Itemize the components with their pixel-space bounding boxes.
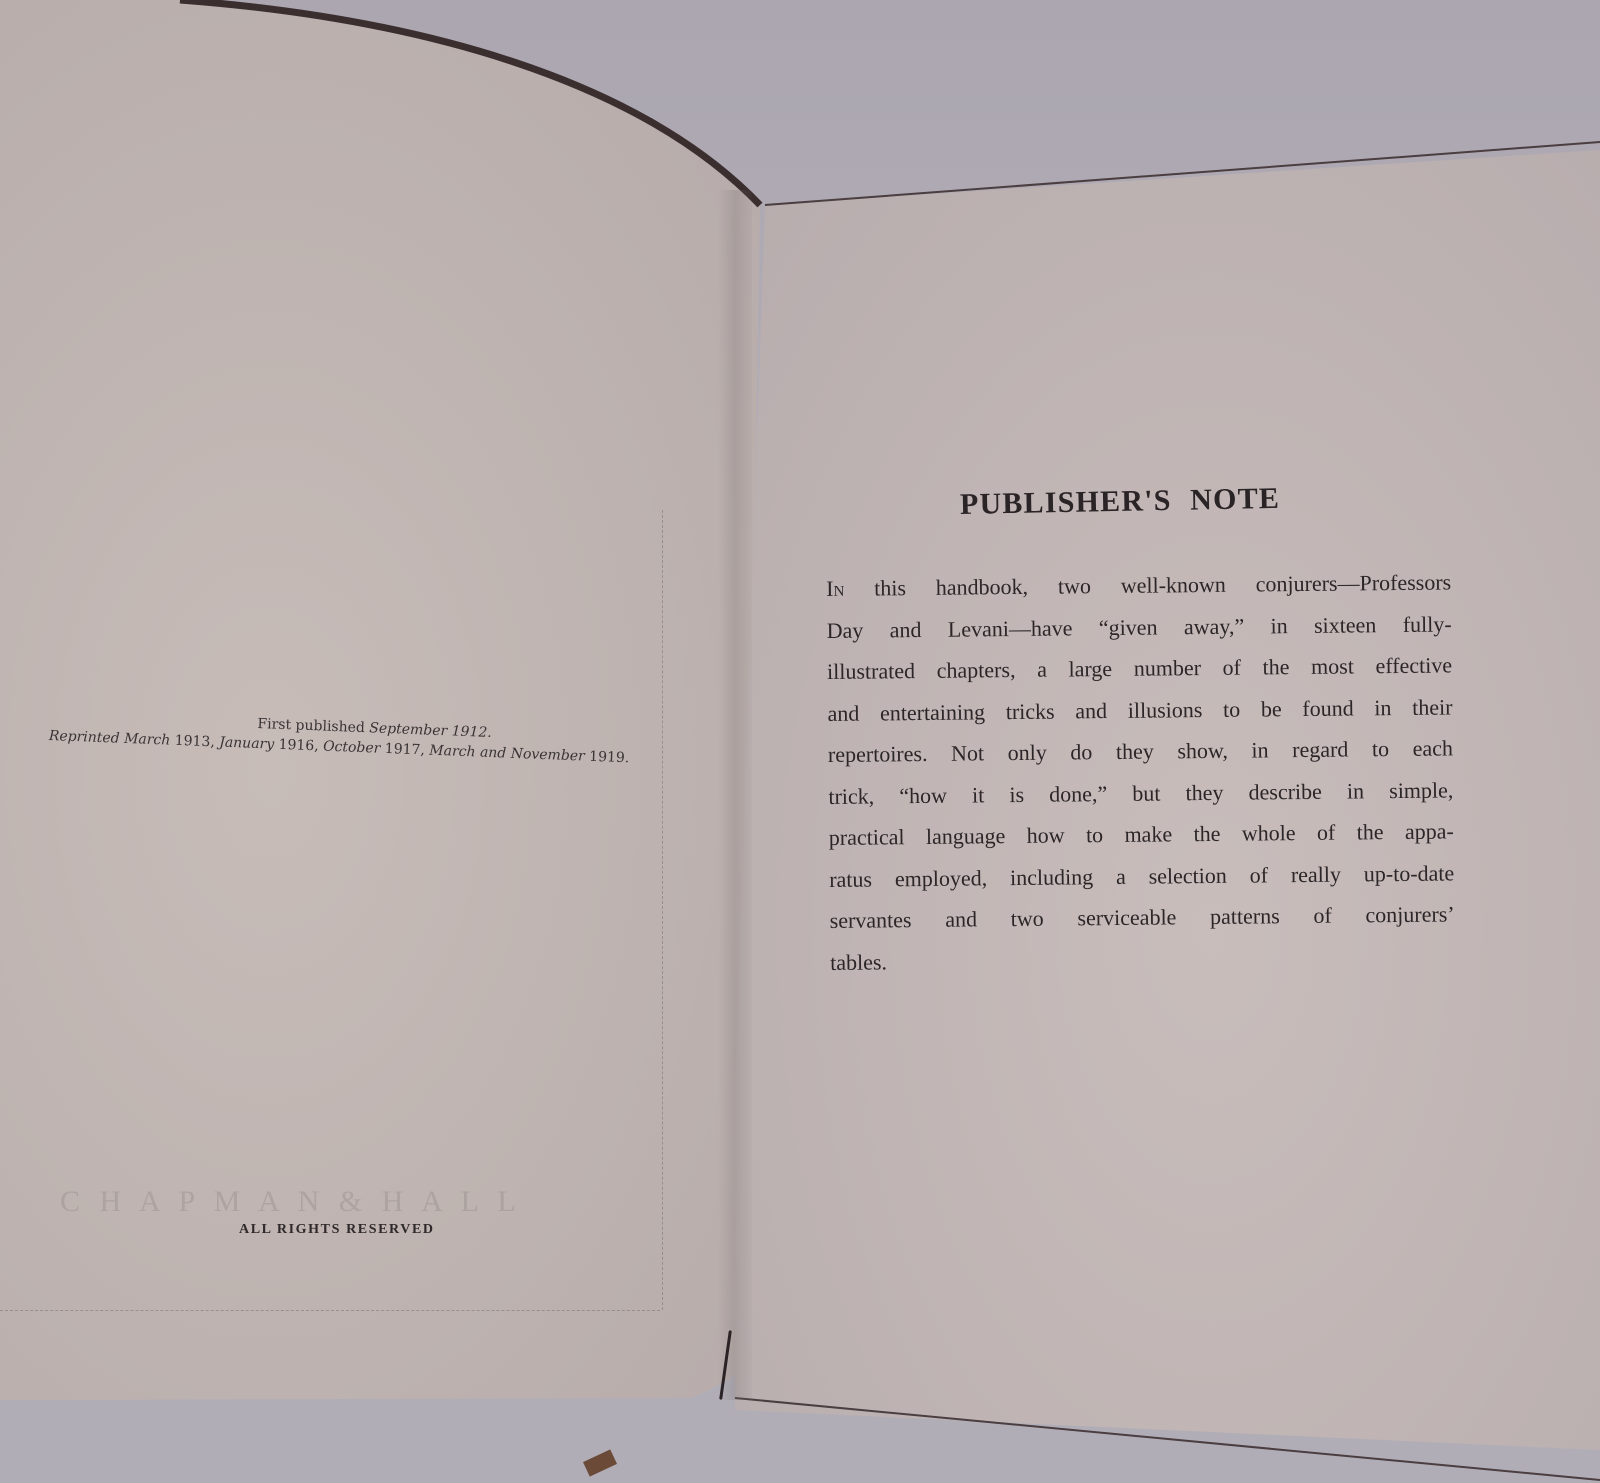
left-page-bleed-line [0, 1310, 660, 1312]
body-line: and entertaining tricks and illusions to… [827, 686, 1452, 734]
book-gutter [718, 190, 752, 1400]
reprint-month: October [323, 739, 381, 757]
drop-word: In [826, 576, 844, 601]
reprint-year: 1913, [170, 733, 220, 751]
reprint-month: January [219, 735, 275, 753]
body-line: ratus employed, including a selection of… [829, 852, 1454, 900]
publishers-note-body: In this handbook, two well-known conjure… [826, 561, 1455, 983]
left-page-bleed-line-vertical [662, 510, 664, 1310]
first-published-date: September 1912. [369, 720, 492, 741]
body-line: illustrated chapters, a large number of … [827, 644, 1452, 692]
reprint-year: 1917, [380, 741, 430, 759]
body-line: tables. [830, 935, 1455, 983]
body-line: Day and Levani—have “given away,” in six… [826, 603, 1451, 651]
rights-notice: ALL RIGHTS RESERVED [239, 1222, 435, 1238]
reprint-year: 1919. [584, 749, 629, 767]
reprint-month: March and November [429, 743, 585, 765]
first-published-label: First published [257, 716, 369, 736]
body-line: In this handbook, two well-known conjure… [826, 561, 1451, 609]
reprint-year: 1916, [274, 737, 324, 755]
reprinted-label: Reprinted [49, 728, 125, 747]
body-line: repertoires. Not only do they show, in r… [828, 727, 1453, 775]
book-photo-scene: C H A P M A N & H A L L First published … [0, 0, 1600, 1483]
body-line-text: this handbook, two well-known conjurers—… [844, 569, 1451, 600]
reprint-month: March [124, 731, 171, 749]
body-line: trick, “how it is done,” but they descri… [828, 769, 1453, 817]
body-line: practical language how to make the whole… [829, 810, 1454, 858]
page-heading: PUBLISHER'S NOTE [960, 482, 1281, 522]
body-line: servantes and two serviceable patterns o… [829, 893, 1454, 941]
